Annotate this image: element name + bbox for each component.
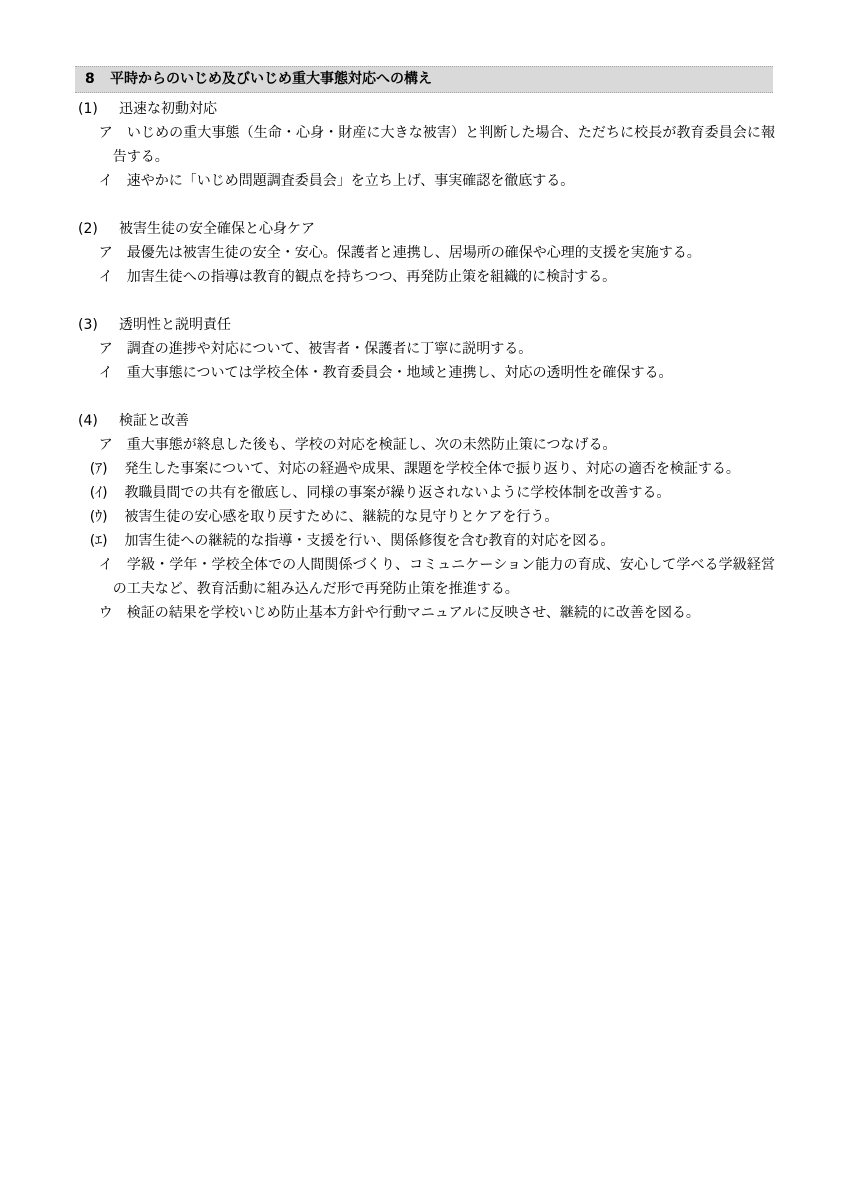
list-item: アいじめの重大事態（生命・心身・財産に大きな被害）と判断した場合、ただちに校長が… [75,121,775,169]
section-number: (3) [78,313,119,337]
list-item: イ速やかに「いじめ問題調査委員会」を立ち上げ、事実確認を徹底する。 [75,169,775,193]
item-label: イ [99,557,113,573]
section-1: (1)迅速な初動対応 アいじめの重大事態（生命・心身・財産に大きな被害）と判断し… [75,97,775,193]
item-text: 速やかに「いじめ問題調査委員会」を立ち上げ、事実確認を徹底する。 [127,173,574,189]
item-label: (ｱ) [90,461,108,477]
list-item: ア重大事態が終息した後も、学校の対応を検証し、次の未然防止策につなげる。 [75,433,775,457]
list-subitem: (ｲ)教職員間での共有を徹底し、同様の事案が繰り返されないように学校体制を改善す… [75,481,775,505]
item-text: 発生した事案について、対応の経過や成果、課題を学校全体で振り返り、対応の適否を検… [124,461,739,477]
item-label: イ [99,365,113,381]
section-title-text: 被害生徒の安全確保と心身ケア [119,221,315,237]
item-text: 最優先は被害生徒の安全・安心。保護者と連携し、居場所の確保や心理的支援を実施する… [127,245,701,261]
section-3: (3)透明性と説明責任 ア調査の進捗や対応について、被害者・保護者に丁寧に説明す… [75,313,775,385]
item-label: (ｴ) [90,533,108,549]
item-text: いじめの重大事態（生命・心身・財産に大きな被害）と判断した場合、ただちに校長が教… [113,125,775,165]
item-label: (ｳ) [90,509,108,525]
section-number: (4) [78,409,119,433]
document-content: 8平時からのいじめ及びいじめ重大事態対応への構え (1)迅速な初動対応 アいじめ… [75,66,775,649]
item-label: イ [99,269,113,285]
item-text: 調査の進捗や対応について、被害者・保護者に丁寧に説明する。 [127,341,532,357]
section-title: (4)検証と改善 [75,409,775,433]
item-label: ア [99,437,113,453]
list-item: ア最優先は被害生徒の安全・安心。保護者と連携し、居場所の確保や心理的支援を実施す… [75,241,775,265]
list-item: イ加害生徒への指導は教育的観点を持ちつつ、再発防止策を組織的に検討する。 [75,265,775,289]
section-heading-bar: 8平時からのいじめ及びいじめ重大事態対応への構え [75,66,773,93]
heading-title: 平時からのいじめ及びいじめ重大事態対応への構え [110,71,432,87]
section-title: (2)被害生徒の安全確保と心身ケア [75,217,775,241]
item-label: ウ [99,605,113,621]
list-item: イ学級・学年・学校全体での人間関係づくり、コミュニケーション能力の育成、安心して… [75,553,775,601]
item-text: 加害生徒への指導は教育的観点を持ちつつ、再発防止策を組織的に検討する。 [127,269,616,285]
item-text: 教職員間での共有を徹底し、同様の事案が繰り返されないように学校体制を改善する。 [124,485,670,501]
section-4: (4)検証と改善 ア重大事態が終息した後も、学校の対応を検証し、次の未然防止策に… [75,409,775,625]
item-text: 検証の結果を学校いじめ防止基本方針や行動マニュアルに反映させ、継続的に改善を図る… [127,605,700,621]
section-title-text: 透明性と説明責任 [119,317,231,333]
item-text: 重大事態については学校全体・教育委員会・地域と連携し、対応の透明性を確保する。 [127,365,673,381]
list-subitem: (ｴ)加害生徒への継続的な指導・支援を行い、関係修復を含む教育的対応を図る。 [75,529,775,553]
item-label: ア [99,125,113,141]
list-item: イ重大事態については学校全体・教育委員会・地域と連携し、対応の透明性を確保する。 [75,361,775,385]
item-label: ア [99,341,113,357]
section-title-text: 迅速な初動対応 [119,101,217,117]
list-item: ウ検証の結果を学校いじめ防止基本方針や行動マニュアルに反映させ、継続的に改善を図… [75,601,775,625]
item-text: 学級・学年・学校全体での人間関係づくり、コミュニケーション能力の育成、安心して学… [113,557,775,597]
section-title: (1)迅速な初動対応 [75,97,775,121]
heading-number: 8 [85,67,110,92]
item-label: ア [99,245,113,261]
list-subitem: (ｳ)被害生徒の安心感を取り戻すために、継続的な見守りとケアを行う。 [75,505,775,529]
item-text: 被害生徒の安心感を取り戻すために、継続的な見守りとケアを行う。 [124,509,558,525]
item-label: (ｲ) [90,485,108,501]
section-2: (2)被害生徒の安全確保と心身ケア ア最優先は被害生徒の安全・安心。保護者と連携… [75,217,775,289]
document-page: 8平時からのいじめ及びいじめ重大事態対応への構え (1)迅速な初動対応 アいじめ… [0,0,849,1200]
section-number: (2) [78,217,119,241]
item-label: イ [99,173,113,189]
item-text: 加害生徒への継続的な指導・支援を行い、関係修復を含む教育的対応を図る。 [124,533,614,549]
list-item: ア調査の進捗や対応について、被害者・保護者に丁寧に説明する。 [75,337,775,361]
list-subitem: (ｱ)発生した事案について、対応の経過や成果、課題を学校全体で振り返り、対応の適… [75,457,775,481]
section-title: (3)透明性と説明責任 [75,313,775,337]
section-title-text: 検証と改善 [119,413,189,429]
section-number: (1) [78,97,119,121]
item-text: 重大事態が終息した後も、学校の対応を検証し、次の未然防止策につなげる。 [127,437,617,453]
